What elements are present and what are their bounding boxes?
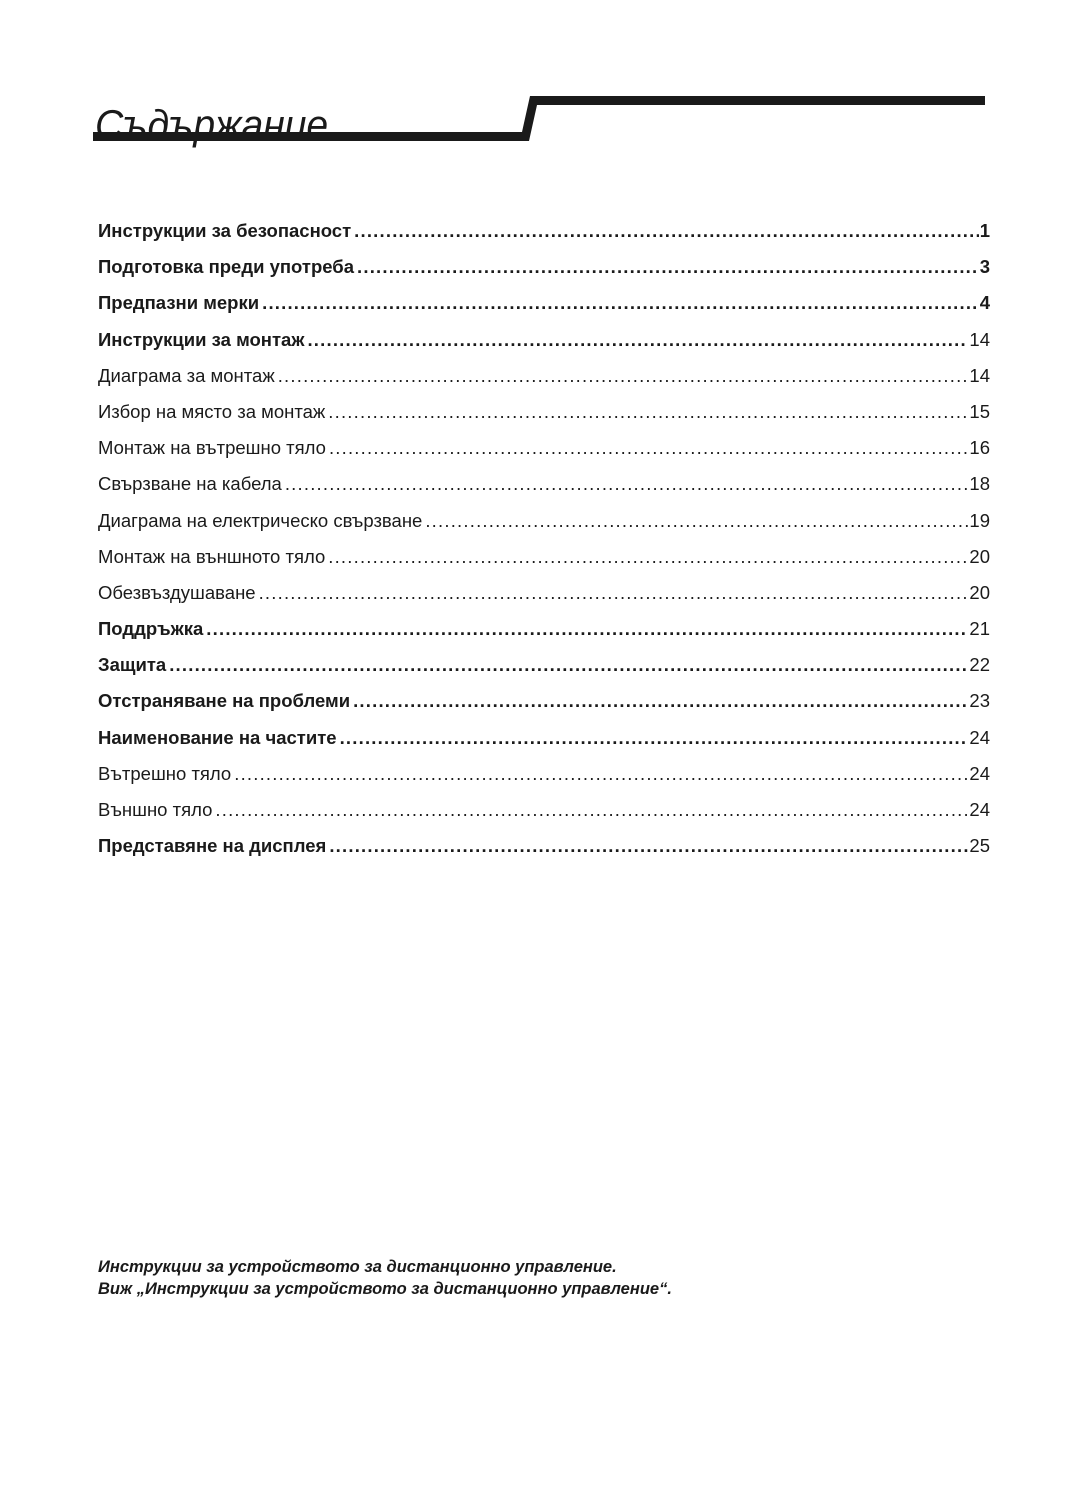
toc-entry-label: Обезвъздушаване bbox=[98, 582, 259, 604]
toc-entry-page-number: 14 bbox=[968, 365, 990, 387]
toc-entry-label: Монтаж на външното тяло bbox=[98, 546, 328, 568]
toc-entry[interactable]: Поддръжка21 bbox=[98, 618, 990, 654]
toc-entry-label: Вътрешно тяло bbox=[98, 763, 234, 785]
toc-entry[interactable]: Свързване на кабела18 bbox=[98, 473, 990, 509]
table-of-contents: Инструкции за безопасност1Подготовка пре… bbox=[98, 220, 990, 871]
toc-dot-leader bbox=[234, 763, 968, 785]
remote-control-note-line2: Виж „Инструкции за устройството за диста… bbox=[98, 1278, 672, 1300]
toc-dot-leader bbox=[262, 292, 979, 314]
toc-entry[interactable]: Инструкции за монтаж14 bbox=[98, 329, 990, 365]
toc-entry-page-number: 24 bbox=[968, 727, 990, 749]
toc-entry-label: Представяне на дисплея bbox=[98, 835, 329, 857]
toc-dot-leader bbox=[328, 546, 968, 568]
toc-entry-page-number: 1 bbox=[979, 220, 990, 242]
toc-entry-page-number: 20 bbox=[968, 546, 990, 568]
toc-entry-label: Инструкции за безопасност bbox=[98, 220, 354, 242]
toc-entry-page-number: 24 bbox=[968, 763, 990, 785]
toc-entry[interactable]: Монтаж на външното тяло20 bbox=[98, 546, 990, 582]
toc-dot-leader bbox=[259, 582, 969, 604]
toc-entry-label: Избор на място за монтаж bbox=[98, 401, 328, 423]
toc-entry[interactable]: Представяне на дисплея25 bbox=[98, 835, 990, 871]
toc-entry-page-number: 18 bbox=[968, 473, 990, 495]
toc-entry-label: Подготовка преди употреба bbox=[98, 256, 357, 278]
remote-control-note: Инструкции за устройството за дистанцион… bbox=[98, 1256, 672, 1300]
toc-entry[interactable]: Отстраняване на проблеми23 bbox=[98, 690, 990, 726]
toc-dot-leader bbox=[285, 473, 969, 495]
toc-dot-leader bbox=[328, 401, 968, 423]
toc-dot-leader bbox=[307, 329, 968, 351]
toc-entry-page-number: 3 bbox=[979, 256, 990, 278]
toc-entry-page-number: 25 bbox=[968, 835, 990, 857]
toc-entry[interactable]: Инструкции за безопасност1 bbox=[98, 220, 990, 256]
toc-entry-label: Предпазни мерки bbox=[98, 292, 262, 314]
toc-dot-leader bbox=[340, 727, 969, 749]
toc-dot-leader bbox=[357, 256, 979, 278]
toc-entry[interactable]: Диаграма за монтаж14 bbox=[98, 365, 990, 401]
toc-entry[interactable]: Защита22 bbox=[98, 654, 990, 690]
toc-entry[interactable]: Монтаж на вътрешно тяло16 bbox=[98, 437, 990, 473]
toc-entry-page-number: 21 bbox=[968, 618, 990, 640]
toc-entry[interactable]: Обезвъздушаване20 bbox=[98, 582, 990, 618]
toc-entry-page-number: 15 bbox=[968, 401, 990, 423]
toc-entry[interactable]: Вътрешно тяло24 bbox=[98, 763, 990, 799]
toc-entry[interactable]: Външно тяло24 bbox=[98, 799, 990, 835]
toc-dot-leader bbox=[353, 690, 968, 712]
toc-dot-leader bbox=[354, 220, 979, 242]
toc-entry[interactable]: Предпазни мерки4 bbox=[98, 292, 990, 328]
toc-entry[interactable]: Диаграма на електрическо свързване19 bbox=[98, 510, 990, 546]
toc-entry-label: Защита bbox=[98, 654, 169, 676]
toc-entry-label: Отстраняване на проблеми bbox=[98, 690, 353, 712]
toc-dot-leader bbox=[329, 835, 968, 857]
toc-entry-label: Поддръжка bbox=[98, 618, 206, 640]
toc-entry-page-number: 4 bbox=[979, 292, 990, 314]
toc-entry-label: Свързване на кабела bbox=[98, 473, 285, 495]
title-rule-divider bbox=[0, 0, 1083, 160]
toc-entry-label: Инструкции за монтаж bbox=[98, 329, 307, 351]
toc-entry-label: Диаграма за монтаж bbox=[98, 365, 278, 387]
toc-entry-page-number: 19 bbox=[968, 510, 990, 532]
toc-dot-leader bbox=[169, 654, 968, 676]
toc-entry-page-number: 23 bbox=[968, 690, 990, 712]
toc-dot-leader bbox=[329, 437, 968, 459]
toc-entry-page-number: 20 bbox=[968, 582, 990, 604]
toc-dot-leader bbox=[425, 510, 968, 532]
toc-dot-leader bbox=[206, 618, 968, 640]
toc-entry-page-number: 16 bbox=[968, 437, 990, 459]
toc-entry-label: Монтаж на вътрешно тяло bbox=[98, 437, 329, 459]
toc-entry-label: Наименование на частите bbox=[98, 727, 340, 749]
toc-entry[interactable]: Избор на място за монтаж15 bbox=[98, 401, 990, 437]
toc-entry-page-number: 24 bbox=[968, 799, 990, 821]
toc-entry[interactable]: Подготовка преди употреба3 bbox=[98, 256, 990, 292]
toc-entry-page-number: 14 bbox=[968, 329, 990, 351]
toc-entry-label: Външно тяло bbox=[98, 799, 215, 821]
remote-control-note-line1: Инструкции за устройството за дистанцион… bbox=[98, 1256, 672, 1278]
toc-entry[interactable]: Наименование на частите24 bbox=[98, 727, 990, 763]
toc-dot-leader bbox=[215, 799, 968, 821]
toc-entry-label: Диаграма на електрическо свързване bbox=[98, 510, 425, 532]
toc-dot-leader bbox=[278, 365, 969, 387]
toc-entry-page-number: 22 bbox=[968, 654, 990, 676]
